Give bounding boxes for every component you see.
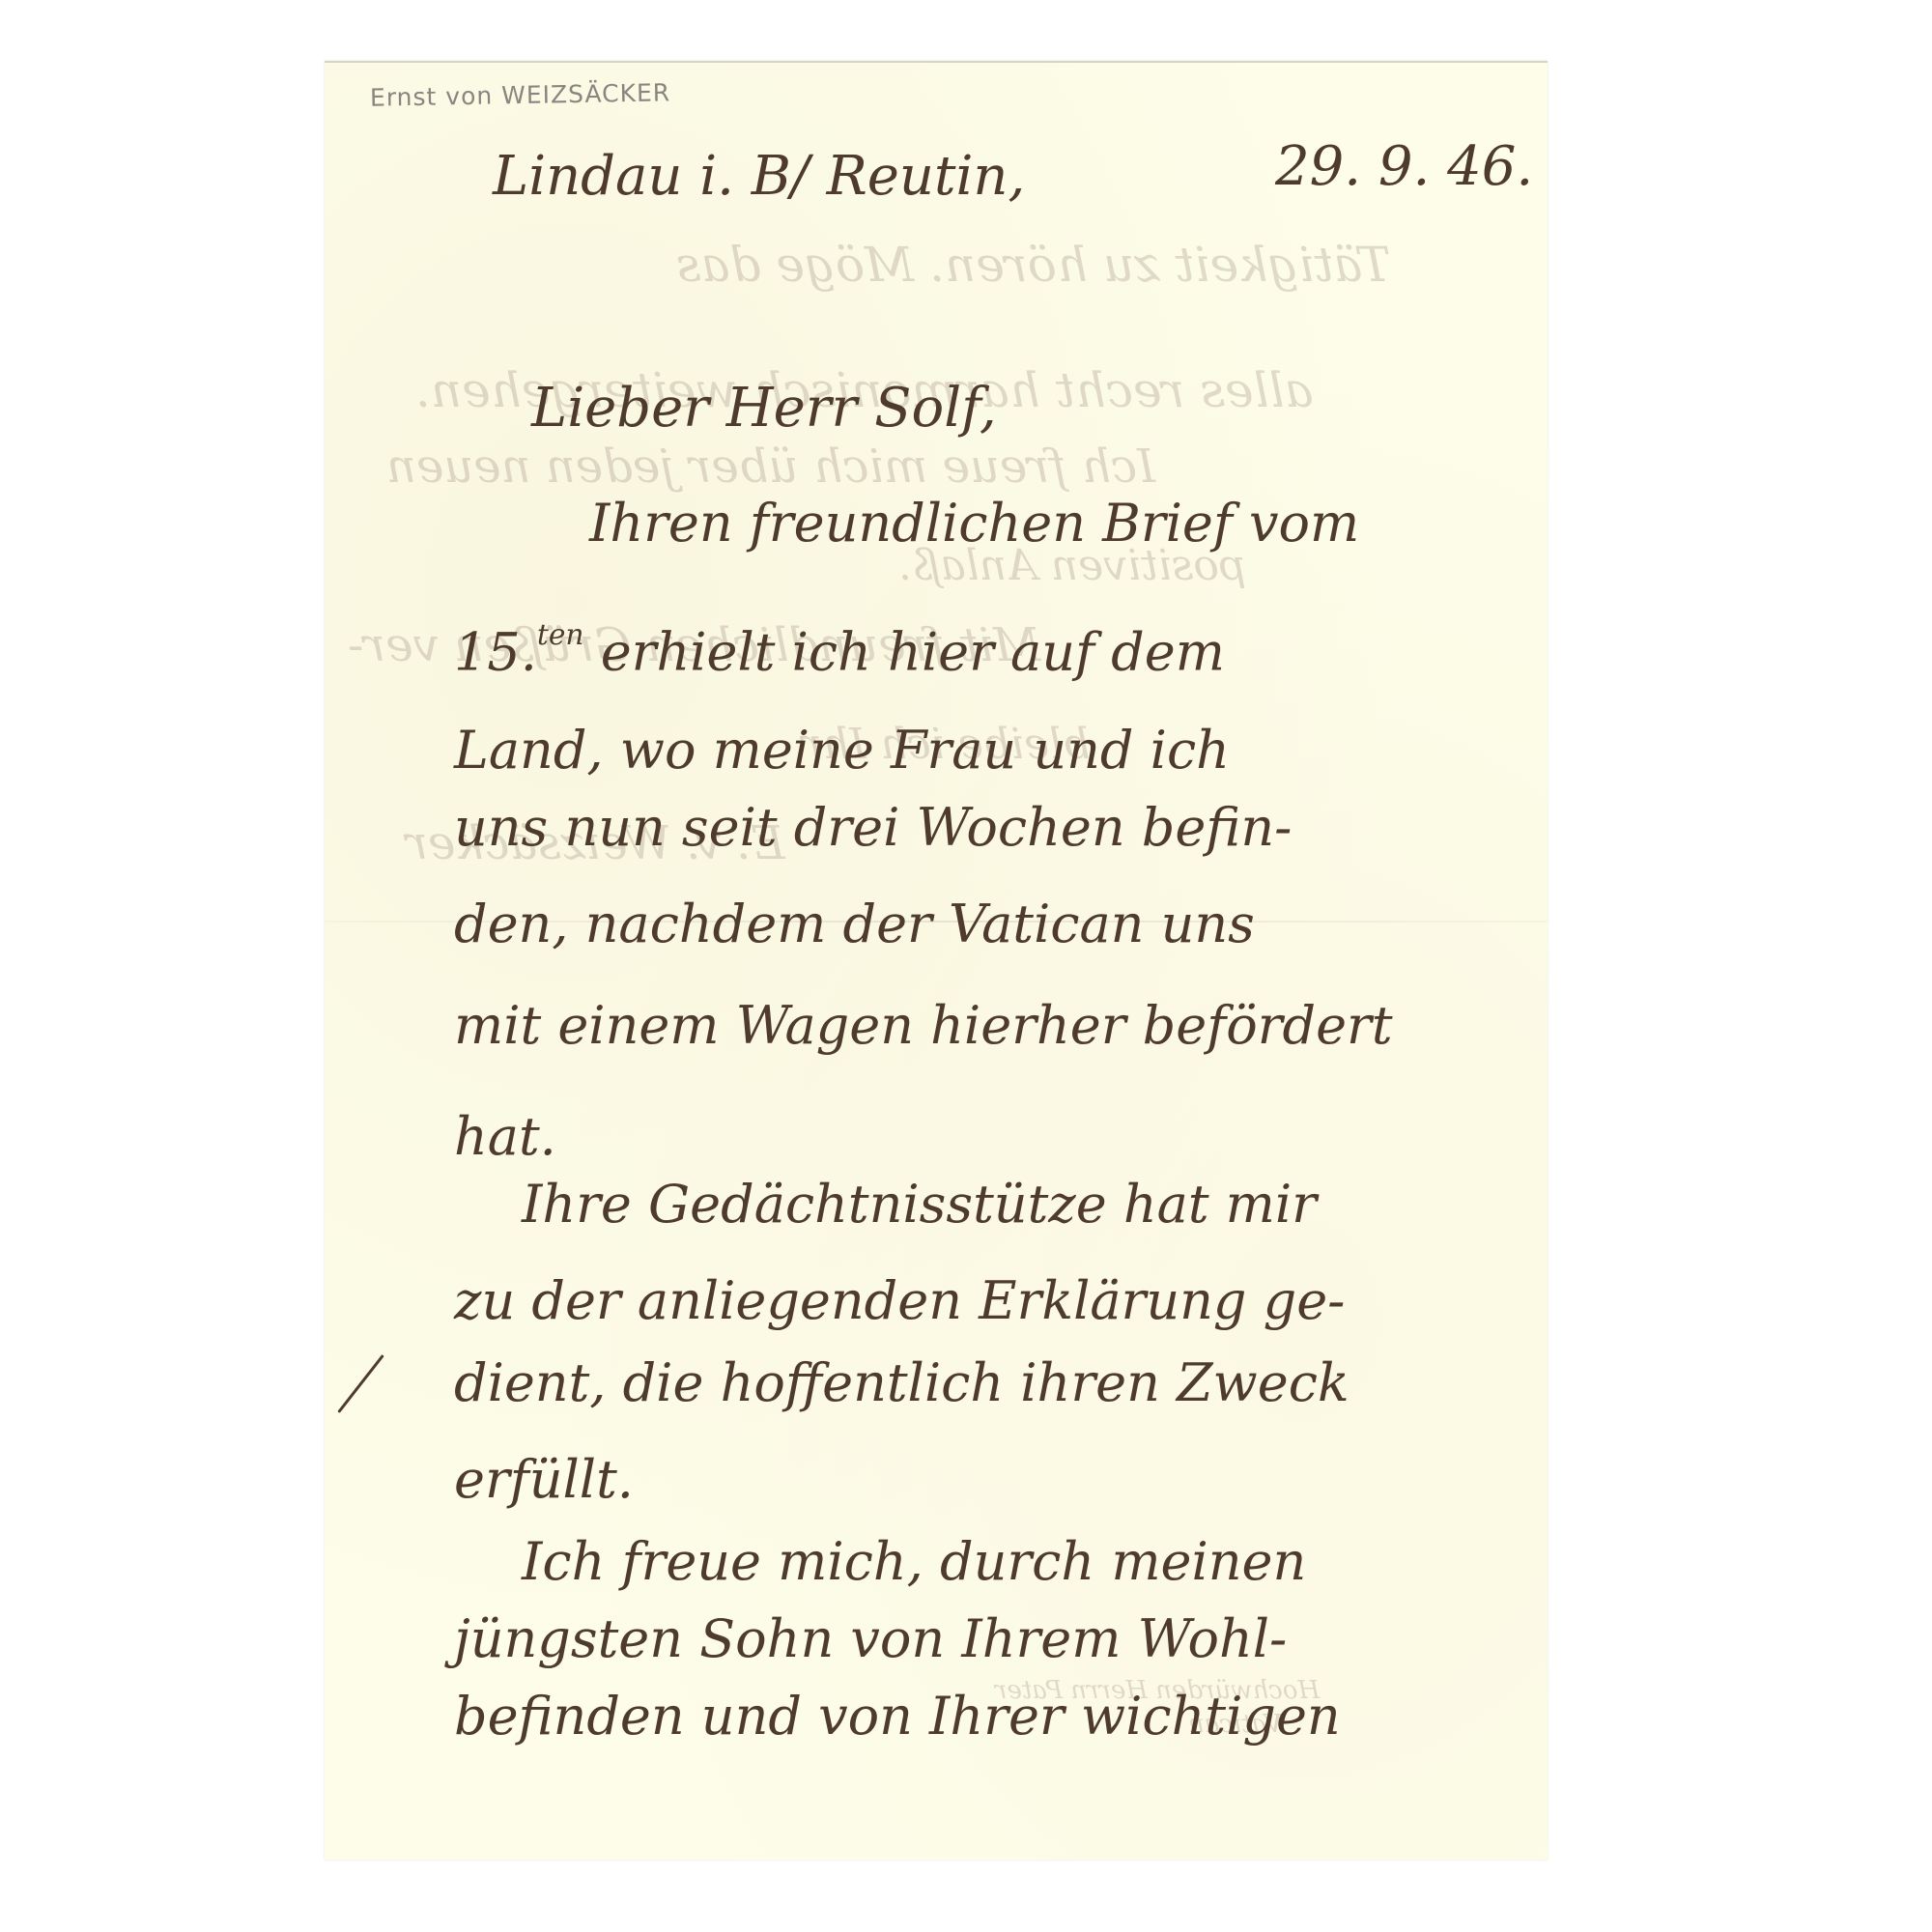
- letter-line: Ihre Gedächtnisstütze hat mir: [522, 1174, 1317, 1235]
- letter-line: Ich freue mich, durch meinen: [522, 1531, 1306, 1592]
- letter-line-text: erhielt ich hier auf dem: [601, 622, 1225, 683]
- letter-line-date-suffix: ten: [537, 618, 584, 652]
- letter-line: zu der anliegenden Erklärung ge-: [454, 1270, 1345, 1331]
- letter-line: jüngsten Sohn von Ihrem Wohl-: [454, 1608, 1287, 1669]
- bleed-through-line: Ich freue mich über jeden neuen: [386, 440, 1155, 494]
- letter-line: Ihren freundlichen Brief vom: [589, 493, 1359, 554]
- letter-line: Land, wo meine Frau und ich: [454, 720, 1230, 781]
- letter-line: 15.ten erhielt ich hier auf dem: [454, 618, 1225, 683]
- letter-place: Lindau i. B/ Reutin,: [493, 145, 1025, 208]
- letter-salutation: Lieber Herr Solf,: [531, 377, 997, 440]
- letter-line-date-number: 15.: [454, 622, 537, 683]
- letter-line: befinden und von Ihrer wichtigen: [454, 1686, 1341, 1747]
- letter-line: hat.: [454, 1106, 556, 1167]
- letter-line: uns nun seit drei Wochen befin-: [454, 797, 1292, 858]
- bleed-through-line: Tätigkeit zu hören. Möge das: [676, 237, 1391, 293]
- pencil-annotation: Ernst von WEIZSÄCKER: [370, 78, 671, 111]
- letter-date: 29. 9. 46.: [1275, 135, 1533, 198]
- letter-line: mit einem Wagen hierher befördert: [454, 995, 1393, 1056]
- letter-line: erfüllt.: [454, 1449, 634, 1510]
- letter-line: den, nachdem der Vatican uns: [454, 894, 1255, 954]
- letter-line: dient, die hoffentlich ihren Zweck: [454, 1352, 1350, 1413]
